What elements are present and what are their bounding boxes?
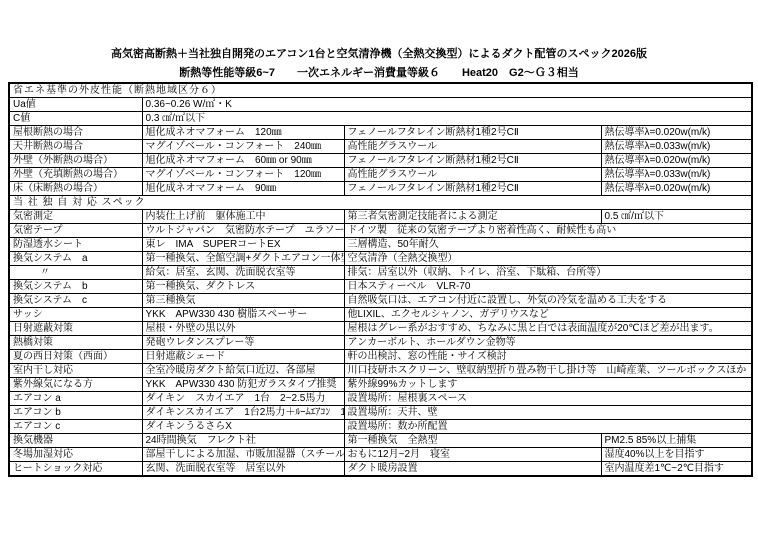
table-cell: 熱伝導率λ=0.020w(m/k) [601, 182, 752, 196]
table-row: 床（床断熱の場合）旭化成ネオマフォーム 90㎜フェノールフタレイン断熱材1種2号… [9, 182, 752, 196]
table-row: Ua値0.36~0.26 W/㎡・K [9, 98, 752, 112]
table-cell: ダイキンスカイエア 1台2馬力＋ﾙｰﾑｴｱｺﾝ 1台 [142, 406, 344, 420]
table-cell: 0.36~0.26 W/㎡・K [142, 98, 752, 112]
table-cell: YKK APW330 430 樹脂スペーサー [142, 308, 344, 322]
table-cell: ウルトジャパン 気密防水テープ ユラソール [142, 224, 344, 238]
table-cell: ダイキン スカイエア 1台 2~2.5馬力 [142, 392, 344, 406]
table-row: 換気システム c第三種換気自然吸気口は、エアコン付近に設置し、外気の冷気を温める… [9, 294, 752, 308]
table-row: 日射遮蔽対策屋根・外壁の黒以外屋根はグレー系がおすすめ、ちなみに黒と白では表面温… [9, 322, 752, 336]
table-row: ヒートショック対応玄関、洗面脱衣室等 居室以外ダクト暖房設置室内温度差1℃~2℃… [9, 462, 752, 477]
table-cell: 天井断熱の場合 [9, 140, 142, 154]
table-row: エアコン aダイキン スカイエア 1台 2~2.5馬力設置場所：屋根裏スペース [9, 392, 752, 406]
table-cell: 熱橋対策 [9, 336, 142, 350]
spec-table: 省エネ基準の外皮性能（断熱地域区分６）Ua値0.36~0.26 W/㎡・KC値0… [8, 82, 753, 477]
table-cell: 換気機器 [9, 434, 142, 448]
table-cell: 屋根はグレー系がおすすめ、ちなみに黒と白では表面温度が20℃ほど差が出ます。 [344, 322, 752, 336]
table-cell: 熱伝導率λ=0.033w(m/k) [601, 140, 752, 154]
table-cell: 紫外線99%カットします [344, 378, 752, 392]
table-cell: 旭化成ネオマフォーム 60㎜ or 90㎜ [142, 154, 344, 168]
table-cell: 空気清浄（全熱交換型） [344, 252, 752, 266]
table-cell: 排気：居室以外（収納、トイレ、浴室、下駄箱、台所等） [344, 266, 752, 280]
table-cell: 室内温度差1℃~2℃目指す [601, 462, 752, 477]
table-cell: ダイキンうるさらX [142, 420, 344, 434]
table-cell: 0.3 ㎠/㎡以下 [142, 112, 752, 126]
table-cell: 換気システム a [9, 252, 142, 266]
table-cell: 気密測定 [9, 210, 142, 224]
table-cell: 換気システム c [9, 294, 142, 308]
table-cell: 第一種換気、全館空調+ダクトエアコン一体型 [142, 252, 344, 266]
table-row: 室内干し対応全室冷暖房ダクト給気口近辺、各部屋川口技研ホスクリーン、壁収納型折り… [9, 364, 752, 378]
table-row: サッシYKK APW330 430 樹脂スペーサー他LIXIL、エクセルシャノン… [9, 308, 752, 322]
table-cell: 軒の出検討、窓の性能・サイズ検討 [344, 350, 752, 364]
table-cell: ダクト暖房設置 [344, 462, 601, 477]
table-cell: 屋根断熱の場合 [9, 126, 142, 140]
section-header-row: 当 社 独 自 対 応 スペック [9, 196, 752, 210]
table-row: C値0.3 ㎠/㎡以下 [9, 112, 752, 126]
table-row: 熱橋対策発砲ウレタンスプレー等アンカーボルト、ホールダウン金物等 [9, 336, 752, 350]
table-cell: 部屋干しによる加湿、市販加湿器（スチール式） [142, 448, 344, 462]
table-row: 〃給気：居室、玄関、洗面脱衣室等排気：居室以外（収納、トイレ、浴室、下駄箱、台所… [9, 266, 752, 280]
table-cell: エアコン b [9, 406, 142, 420]
table-cell: 防湿透水シート [9, 238, 142, 252]
table-cell: フェノールフタレイン断熱材1種2号CⅡ [344, 154, 601, 168]
table-cell: 玄関、洗面脱衣室等 居室以外 [142, 462, 344, 477]
table-cell: ドイツ製 従来の気密テープより密着性高く、耐候性も高い [344, 224, 752, 238]
table-cell: アンカーボルト、ホールダウン金物等 [344, 336, 752, 350]
table-cell: 自然吸気口は、エアコン付近に設置し、外気の冷気を温める工夫をする [344, 294, 752, 308]
table-cell: 床（床断熱の場合） [9, 182, 142, 196]
table-row: エアコン bダイキンスカイエア 1台2馬力＋ﾙｰﾑｴｱｺﾝ 1台設置場所：天井、… [9, 406, 752, 420]
table-cell: Ua値 [9, 98, 142, 112]
table-cell: マグイゾベール・コンフォート 240㎜ [142, 140, 344, 154]
table-cell: 熱伝導率λ=0.020w(m/k) [601, 126, 752, 140]
table-cell: 日本スティーベル VLR-70 [344, 280, 752, 294]
table-cell: 高性能グラスウール [344, 140, 601, 154]
table-cell: 外壁（充填断熱の場合） [9, 168, 142, 182]
table-row: 換気システム a第一種換気、全館空調+ダクトエアコン一体型空気清浄（全熱交換型） [9, 252, 752, 266]
table-row: 防湿透水シート東レ IMA SUPERコートEX三層構造、50年耐久 [9, 238, 752, 252]
table-cell: 高性能グラスウール [344, 168, 601, 182]
table-row: 外壁（充填断熱の場合）マグイゾベール・コンフォート 120㎜高性能グラスウール熱… [9, 168, 752, 182]
table-cell: 発砲ウレタンスプレー等 [142, 336, 344, 350]
table-row: 気密テープウルトジャパン 気密防水テープ ユラソールドイツ製 従来の気密テープよ… [9, 224, 752, 238]
table-cell: フェノールフタレイン断熱材1種2号CⅡ [344, 126, 601, 140]
table-row: 紫外線気になる方YKK APW330 430 防犯ガラスタイプ推奨紫外線99%カ… [9, 378, 752, 392]
table-row: 屋根断熱の場合旭化成ネオマフォーム 120㎜フェノールフタレイン断熱材1種2号C… [9, 126, 752, 140]
table-cell: エアコン a [9, 392, 142, 406]
table-cell: 紫外線気になる方 [9, 378, 142, 392]
table-cell: 設置場所：数か所配置 [344, 420, 752, 434]
table-row: 外壁（外断熱の場合）旭化成ネオマフォーム 60㎜ or 90㎜フェノールフタレイ… [9, 154, 752, 168]
table-cell: 第三種換気 [142, 294, 344, 308]
table-cell: 夏の西日対策（西面） [9, 350, 142, 364]
table-cell: 湿度40%以上を目指す [601, 448, 752, 462]
table-row: 換気機器24時間換気 フレクト社第一種換気 全熱型PM2.5 85%以上捕集 [9, 434, 752, 448]
table-cell: ヒートショック対応 [9, 462, 142, 477]
table-cell: 第三者気密測定技能者による測定 [344, 210, 601, 224]
table-cell: マグイゾベール・コンフォート 120㎜ [142, 168, 344, 182]
table-cell: 24時間換気 フレクト社 [142, 434, 344, 448]
document-page: 高気密高断熱＋当社独自開発のエアコン1台と空気清浄機（全熱交換型）によるダクト配… [0, 0, 758, 536]
table-cell: 第一種換気 全熱型 [344, 434, 601, 448]
section-header-row: 省エネ基準の外皮性能（断熱地域区分６） [9, 83, 752, 98]
table-cell: 0.5 ㎠/㎡以下 [601, 210, 752, 224]
table-cell: 第一種換気、ダクトレス [142, 280, 344, 294]
table-cell: サッシ [9, 308, 142, 322]
table-cell: 内装仕上げ前 躯体施工中 [142, 210, 344, 224]
table-cell: 他LIXIL、エクセルシャノン、ガデリウスなど [344, 308, 752, 322]
table-cell: エアコン c [9, 420, 142, 434]
table-row: 気密測定内装仕上げ前 躯体施工中第三者気密測定技能者による測定0.5 ㎠/㎡以下 [9, 210, 752, 224]
table-row: 冬場加湿対応部屋干しによる加湿、市販加湿器（スチール式）おもに12月~2月 寝室… [9, 448, 752, 462]
table-row: 換気システム b第一種換気、ダクトレス日本スティーベル VLR-70 [9, 280, 752, 294]
table-cell: PM2.5 85%以上捕集 [601, 434, 752, 448]
section-header-cell: 当 社 独 自 対 応 スペック [9, 196, 752, 210]
table-cell: 換気システム b [9, 280, 142, 294]
table-cell: フェノールフタレイン断熱材1種2号CⅡ [344, 182, 601, 196]
table-cell: おもに12月~2月 寝室 [344, 448, 601, 462]
table-cell: 日射遮蔽シェード [142, 350, 344, 364]
table-row: 夏の西日対策（西面）日射遮蔽シェード軒の出検討、窓の性能・サイズ検討 [9, 350, 752, 364]
table-cell: C値 [9, 112, 142, 126]
table-cell: 旭化成ネオマフォーム 90㎜ [142, 182, 344, 196]
table-cell: 東レ IMA SUPERコートEX [142, 238, 344, 252]
table-cell: 三層構造、50年耐久 [344, 238, 752, 252]
section-header-cell: 省エネ基準の外皮性能（断熱地域区分６） [9, 83, 752, 98]
table-cell: 熱伝導率λ=0.033w(m/k) [601, 168, 752, 182]
page-subtitle: 断熱等性能等級6~7 一次エネルギー消費量等級６ Heat20 G2〜Ｇ３相当 [0, 64, 758, 80]
table-cell: 冬場加湿対応 [9, 448, 142, 462]
table-row: エアコン cダイキンうるさらX設置場所：数か所配置 [9, 420, 752, 434]
table-row: 天井断熱の場合マグイゾベール・コンフォート 240㎜高性能グラスウール熱伝導率λ… [9, 140, 752, 154]
table-cell: 室内干し対応 [9, 364, 142, 378]
table-cell: 旭化成ネオマフォーム 120㎜ [142, 126, 344, 140]
table-cell: 川口技研ホスクリーン、壁収納型折り畳み物干し掛け等 山崎産業、ツールボックスほか [344, 364, 752, 378]
table-cell: 熱伝導率λ=0.020w(m/k) [601, 154, 752, 168]
table-cell: 給気：居室、玄関、洗面脱衣室等 [142, 266, 344, 280]
table-cell: 設置場所：天井、壁 [344, 406, 752, 420]
table-cell: 全室冷暖房ダクト給気口近辺、各部屋 [142, 364, 344, 378]
table-cell: YKK APW330 430 防犯ガラスタイプ推奨 [142, 378, 344, 392]
table-cell: 屋根・外壁の黒以外 [142, 322, 344, 336]
page-title: 高気密高断熱＋当社独自開発のエアコン1台と空気清浄機（全熱交換型）によるダクト配… [0, 45, 758, 61]
table-cell: 日射遮蔽対策 [9, 322, 142, 336]
table-cell: 外壁（外断熱の場合） [9, 154, 142, 168]
table-cell: 気密テープ [9, 224, 142, 238]
table-cell: 設置場所：屋根裏スペース [344, 392, 752, 406]
table-cell: 〃 [9, 266, 142, 280]
